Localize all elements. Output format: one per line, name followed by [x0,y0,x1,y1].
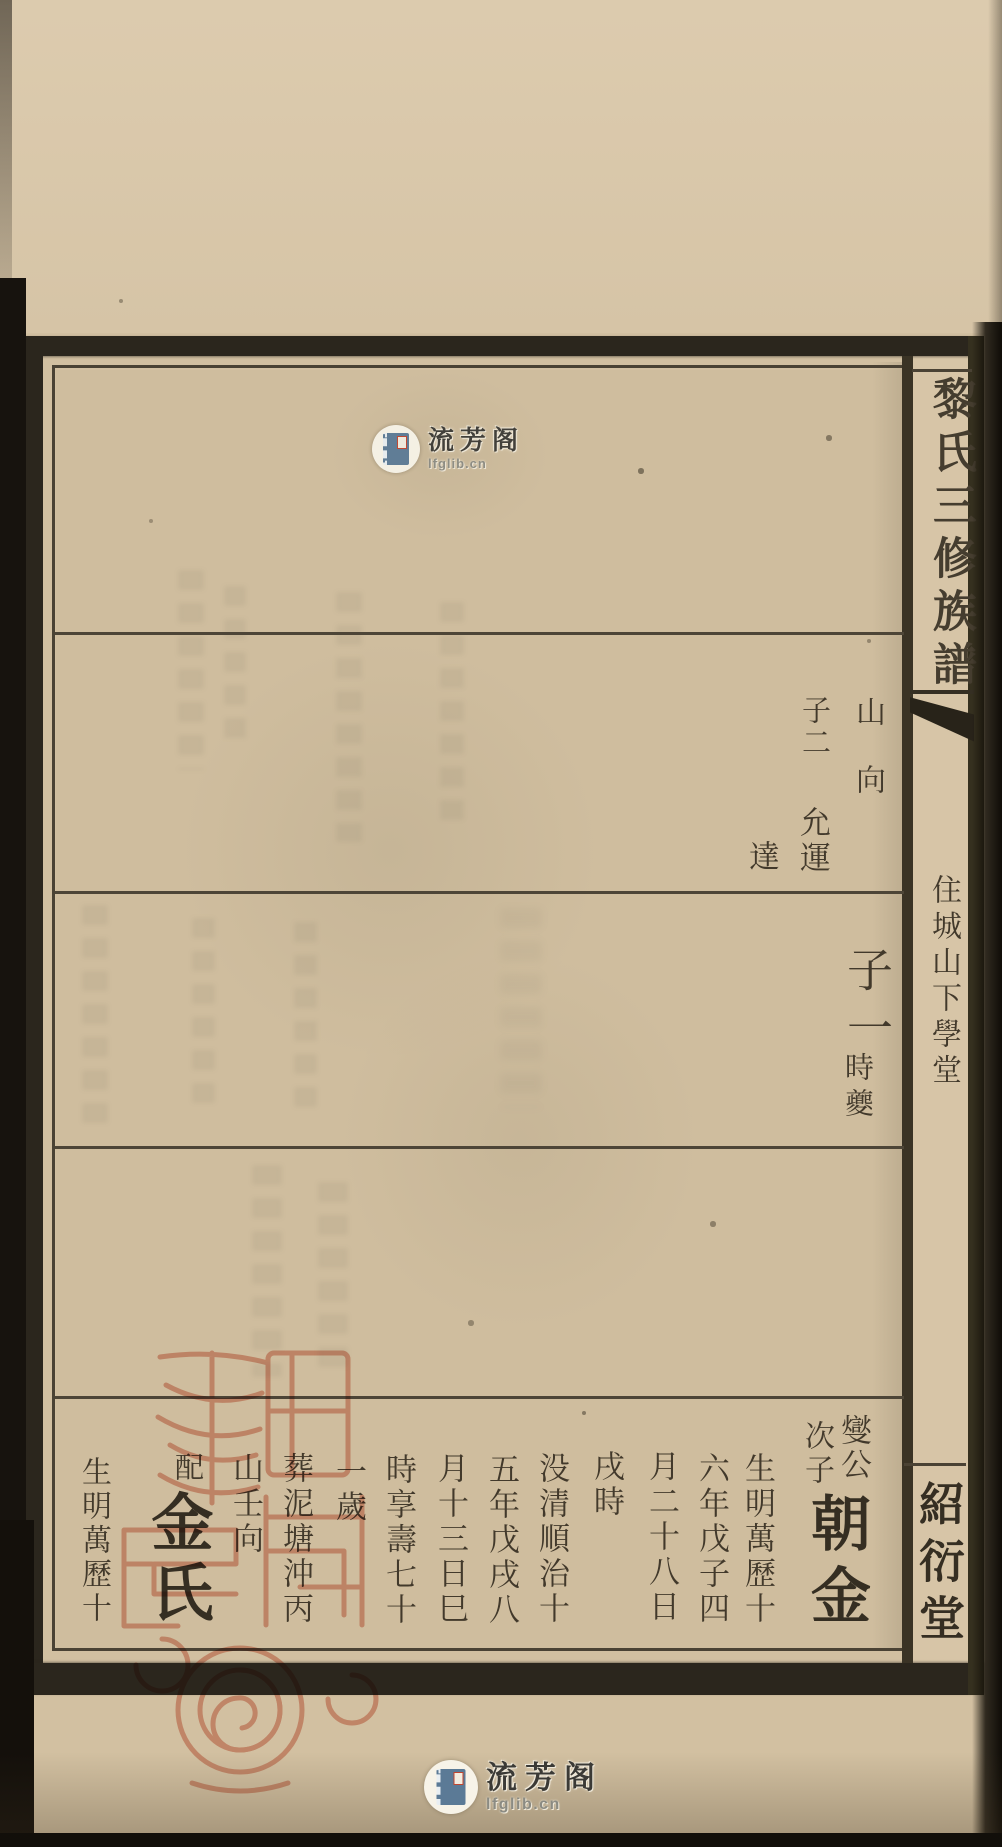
frame-border-top [24,336,980,356]
orientation-note: 山向 [852,696,882,832]
book-icon [383,433,409,465]
residence-note: 住城山下學堂 [928,874,958,1090]
bleed-through-ghost [224,586,246,746]
red-seal [100,1345,390,1800]
frame-inner-line-left [52,365,55,1651]
bleed-through-ghost [440,602,464,822]
scan-edge-bottom [0,1833,1002,1847]
watermark-circle [424,1760,478,1814]
row-divider-line [55,891,904,894]
scan-edge-right-top [988,0,1002,330]
sons-count-label: 子二 [799,695,828,759]
son-name: 時夔 [842,1052,871,1124]
person-name: 朝金 [806,1492,866,1636]
book-title: 黎氏三修族譜 [928,376,972,694]
paper-specks [0,0,2,2]
watermark-site-url: lfglib.cn [486,1797,603,1813]
bleed-through-ghost [178,570,204,770]
bleed-through-ghost [294,922,317,1120]
margin-strip-divider-line [902,356,913,1663]
son-name: 允運 [797,806,828,876]
scan-edge-left-top [0,0,12,285]
watermark-site-url: lfglib.cn [428,457,524,470]
bleed-through-ghost [318,1182,348,1372]
book-label-icon [454,1772,464,1785]
site-watermark-middle: 流芳阁 lfglib.cn [372,425,524,473]
bleed-through-ghost [82,905,108,1130]
genealogy-scan-page: 黎氏三修族譜 住城山下學堂 紹衍堂 山向 子二 允運 達 子一 時夔 燮公 次子… [0,0,1002,1847]
bleed-through-ghost [336,592,362,842]
entry-detail-column: 月二十八日 [646,1450,677,1625]
frame-border-left [26,336,43,1695]
title-box-top-line [912,369,972,372]
sons-count-label: 子一 [843,946,889,1062]
frame-inner-line-top [54,365,906,368]
watermark-site-name: 流芳阁 [486,1762,603,1793]
scan-edge-right [972,322,1002,1847]
book-icon [437,1769,466,1805]
birth-order-label: 次子 [801,1420,831,1488]
row-divider-line [55,632,904,635]
bleed-through-ghost [192,918,215,1108]
entry-detail-column: 戌時 [591,1450,622,1520]
site-watermark-bottom: 流芳阁 lfglib.cn [424,1760,603,1814]
hall-name: 紹衍堂 [915,1480,961,1651]
bleed-through-ghost [500,908,542,1108]
watermark-circle [372,425,420,473]
paper-tone-top [0,0,1002,333]
entry-detail-column: 五年戊戌八 [486,1453,517,1628]
row-divider-line [55,1146,904,1149]
entry-detail-column: 六年戊子四 [696,1452,727,1627]
book-label-icon [397,436,407,449]
entry-detail-column: 没清順治十 [536,1452,567,1627]
entry-detail-column: 月十三日巳 [435,1452,466,1627]
margin-strip-tick-line [904,1463,966,1466]
entry-detail-column: 生明萬歷十 [742,1452,773,1627]
father-label: 燮公 [838,1414,869,1482]
watermark-site-name: 流芳阁 [428,428,524,454]
son-name: 達 [746,840,777,871]
